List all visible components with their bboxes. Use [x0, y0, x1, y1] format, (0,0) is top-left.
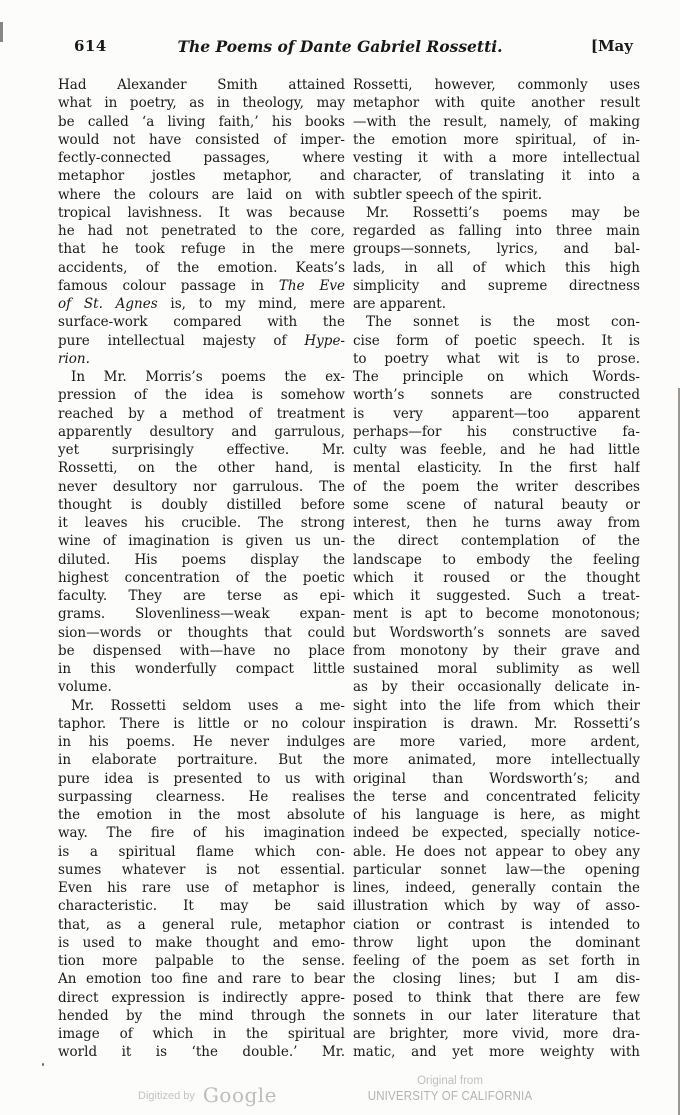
text-line: Rossetti, on the other hand, is	[58, 459, 345, 477]
original-from-label: Original from	[330, 1075, 570, 1087]
text-line: lads, in all of which this high	[353, 259, 640, 277]
text-line: subtler speech of the spirit.	[353, 186, 640, 204]
text-line: posed to think that there are few	[353, 989, 640, 1007]
column-left: Had Alexander Smith attainedwhat in poet…	[58, 76, 345, 1062]
text-line: as by their occasionally delicate in-	[353, 678, 640, 696]
text-line: landscape to embody the feeling	[353, 551, 640, 569]
text-line: the terse and concentrated felicity	[353, 788, 640, 806]
google-logo: Google	[203, 1083, 277, 1107]
text-line: metaphor with quite another result	[353, 94, 640, 112]
text-line: interest, then he turns away from	[353, 514, 640, 532]
issue-month: [May	[591, 37, 633, 55]
text-line: apparently desultory and garrulous,	[58, 423, 345, 441]
text-line: tropical lavishness. It was because	[58, 204, 345, 222]
text-line: to poetry what wit is to prose.	[353, 350, 640, 368]
text-line: more animated, more intellectually	[353, 751, 640, 769]
text-line: some scene of natural beauty or	[353, 496, 640, 514]
text-line: characteristic. It may be said	[58, 897, 345, 915]
text-line: image of which in the spiritual	[58, 1025, 345, 1043]
text-line: accidents, of the emotion. Keats’s	[58, 259, 345, 277]
text-line: faculty. They are terse as epi-	[58, 587, 345, 605]
text-line: surpassing clearness. He realises	[58, 788, 345, 806]
text-columns: Had Alexander Smith attainedwhat in poet…	[0, 76, 680, 1062]
text-line: tion more palpable to the sense.	[58, 952, 345, 970]
scan-edge-artifact-left	[0, 22, 3, 42]
text-line: where the colours are laid on with	[58, 186, 345, 204]
text-line: regarded as falling into three main	[353, 222, 640, 240]
text-line: in this wonderfully compact little	[58, 660, 345, 678]
text-line: pure idea is presented to us with	[58, 770, 345, 788]
column-right: Rossetti, however, commonly usesmetaphor…	[353, 76, 640, 1062]
text-line: —with the result, namely, of making	[353, 113, 640, 131]
text-line: world it is ‘the double.’ Mr.	[58, 1043, 345, 1061]
text-line: sight into the life from which their	[353, 697, 640, 715]
scan-speck	[42, 1063, 44, 1066]
text-line: highest concentration of the poetic	[58, 569, 345, 587]
text-line: the emotion in the most absolute	[58, 806, 345, 824]
text-line: are more varied, more ardent,	[353, 733, 640, 751]
text-line: in his poems. He never indulges	[58, 733, 345, 751]
text-line: feeling of the poem as set forth in	[353, 952, 640, 970]
text-line: worth’s sonnets are constructed	[353, 386, 640, 404]
text-line: hended by the mind through the	[58, 1007, 345, 1025]
text-line: in elaborate portraiture. But the	[58, 751, 345, 769]
text-line: way. The fire of his imagination	[58, 824, 345, 842]
text-line: the direct contemplation of the	[353, 532, 640, 550]
text-line: perhaps—for his constructive fa-	[353, 423, 640, 441]
text-line: is a spiritual flame which con-	[58, 843, 345, 861]
text-line: is very apparent—too apparent	[353, 405, 640, 423]
text-line: indeed be expected, specially notice-	[353, 824, 640, 842]
text-line: be dispensed with—have no place	[58, 642, 345, 660]
text-line: ciation or contrast is intended to	[353, 916, 640, 934]
text-line: The sonnet is the most con-	[353, 313, 640, 331]
text-line: is used to make thought and emo-	[58, 934, 345, 952]
text-line: direct expression is indirectly appre-	[58, 989, 345, 1007]
text-line: fectly-connected passages, where	[58, 149, 345, 167]
text-line: pure intellectual majesty of Hype-	[58, 332, 345, 350]
text-line: are brighter, more vivid, more dra-	[353, 1025, 640, 1043]
text-line: sonnets in our later literature that	[353, 1007, 640, 1025]
text-line: would not have consisted of imper-	[58, 131, 345, 149]
text-line: diluted. His poems display the	[58, 551, 345, 569]
text-line: Even his rare use of metaphor is	[58, 879, 345, 897]
text-line: sion—words or thoughts that could	[58, 624, 345, 642]
text-line: from monotony by their grave and	[353, 642, 640, 660]
text-line: An emotion too fine and rare to bear	[58, 970, 345, 988]
text-line: surface-work compared with the	[58, 313, 345, 331]
text-line: the closing lines; but I am dis-	[353, 970, 640, 988]
text-line: vesting it with a more intellectual	[353, 149, 640, 167]
text-line: the emotion more spiritual, of in-	[353, 131, 640, 149]
text-line: be called ‘a living faith,’ his books	[58, 113, 345, 131]
text-line: Mr. Rossetti’s poems may be	[353, 204, 640, 222]
text-line: what in poetry, as in theology, may	[58, 94, 345, 112]
text-line: reached by a method of treatment	[58, 405, 345, 423]
text-line: throw light upon the dominant	[353, 934, 640, 952]
digitized-by-label: Digitized by	[138, 1090, 195, 1102]
text-line: he had not penetrated to the core,	[58, 222, 345, 240]
text-line: it leaves his crucible. The strong	[58, 514, 345, 532]
text-line: lines, indeed, generally contain the	[353, 879, 640, 897]
text-line: taphor. There is little or no colour	[58, 715, 345, 733]
text-line: particular sonnet law—the opening	[353, 861, 640, 879]
text-line: which it suggested. Such a treat-	[353, 587, 640, 605]
text-line: rion.	[58, 350, 345, 368]
text-line: Mr. Rossetti seldom uses a me-	[58, 697, 345, 715]
text-line: thought is doubly distilled before	[58, 496, 345, 514]
original-from: Original from UNIVERSITY OF CALIFORNIA	[330, 1075, 570, 1103]
text-line: yet surprisingly effective. Mr.	[58, 441, 345, 459]
text-line: volume.	[58, 678, 345, 696]
text-line: original than Wordsworth’s; and	[353, 770, 640, 788]
text-line: of St. Agnes is, to my mind, mere	[58, 295, 345, 313]
text-line: illustration which by way of asso-	[353, 897, 640, 915]
text-line: able. He does not appear to obey any	[353, 843, 640, 861]
page-header: 614 The Poems of Dante Gabriel Rossetti.…	[0, 0, 680, 57]
text-line: never desultory nor garrulous. The	[58, 478, 345, 496]
text-line: that, as a general rule, metaphor	[58, 916, 345, 934]
text-line: that he took refuge in the mere	[58, 240, 345, 258]
text-line: sumes whatever is not essential.	[58, 861, 345, 879]
institution-name: UNIVERSITY OF CALIFORNIA	[340, 1089, 561, 1103]
digitized-by: Digitized by Google	[138, 1083, 277, 1107]
text-line: cise form of poetic speech. It is	[353, 332, 640, 350]
text-line: of his language is here, as might	[353, 806, 640, 824]
text-line: ment is apt to become monotonous;	[353, 605, 640, 623]
text-line: wine of imagination is given us un-	[58, 532, 345, 550]
text-line: Had Alexander Smith attained	[58, 76, 345, 94]
text-line: but Wordsworth’s sonnets are saved	[353, 624, 640, 642]
text-line: of the poem the writer describes	[353, 478, 640, 496]
text-line: which it roused or the thought	[353, 569, 640, 587]
text-line: grams. Slovenliness—weak expan-	[58, 605, 345, 623]
text-line: The principle on which Words-	[353, 368, 640, 386]
text-line: are apparent.	[353, 295, 640, 313]
page-number: 614	[74, 37, 107, 55]
text-line: culty was feeble, and he had little	[353, 441, 640, 459]
text-line: metaphor jostles metaphor, and	[58, 167, 345, 185]
text-line: In Mr. Morris’s poems the ex-	[58, 368, 345, 386]
text-line: simplicity and supreme directness	[353, 277, 640, 295]
text-line: famous colour passage in The Eve	[58, 277, 345, 295]
text-line: matic, and yet more weighty with	[353, 1043, 640, 1061]
text-line: character, of translating it into a	[353, 167, 640, 185]
scan-footer: Digitized by Google Original from UNIVER…	[0, 1070, 680, 1115]
text-line: pression of the idea is somehow	[58, 386, 345, 404]
text-line: mental elasticity. In the first half	[353, 459, 640, 477]
text-line: Rossetti, however, commonly uses	[353, 76, 640, 94]
text-line: sustained moral sublimity as well	[353, 660, 640, 678]
text-line: inspiration is drawn. Mr. Rossetti’s	[353, 715, 640, 733]
book-page: 614 The Poems of Dante Gabriel Rossetti.…	[0, 0, 680, 1115]
text-line: groups—sonnets, lyrics, and bal-	[353, 240, 640, 258]
